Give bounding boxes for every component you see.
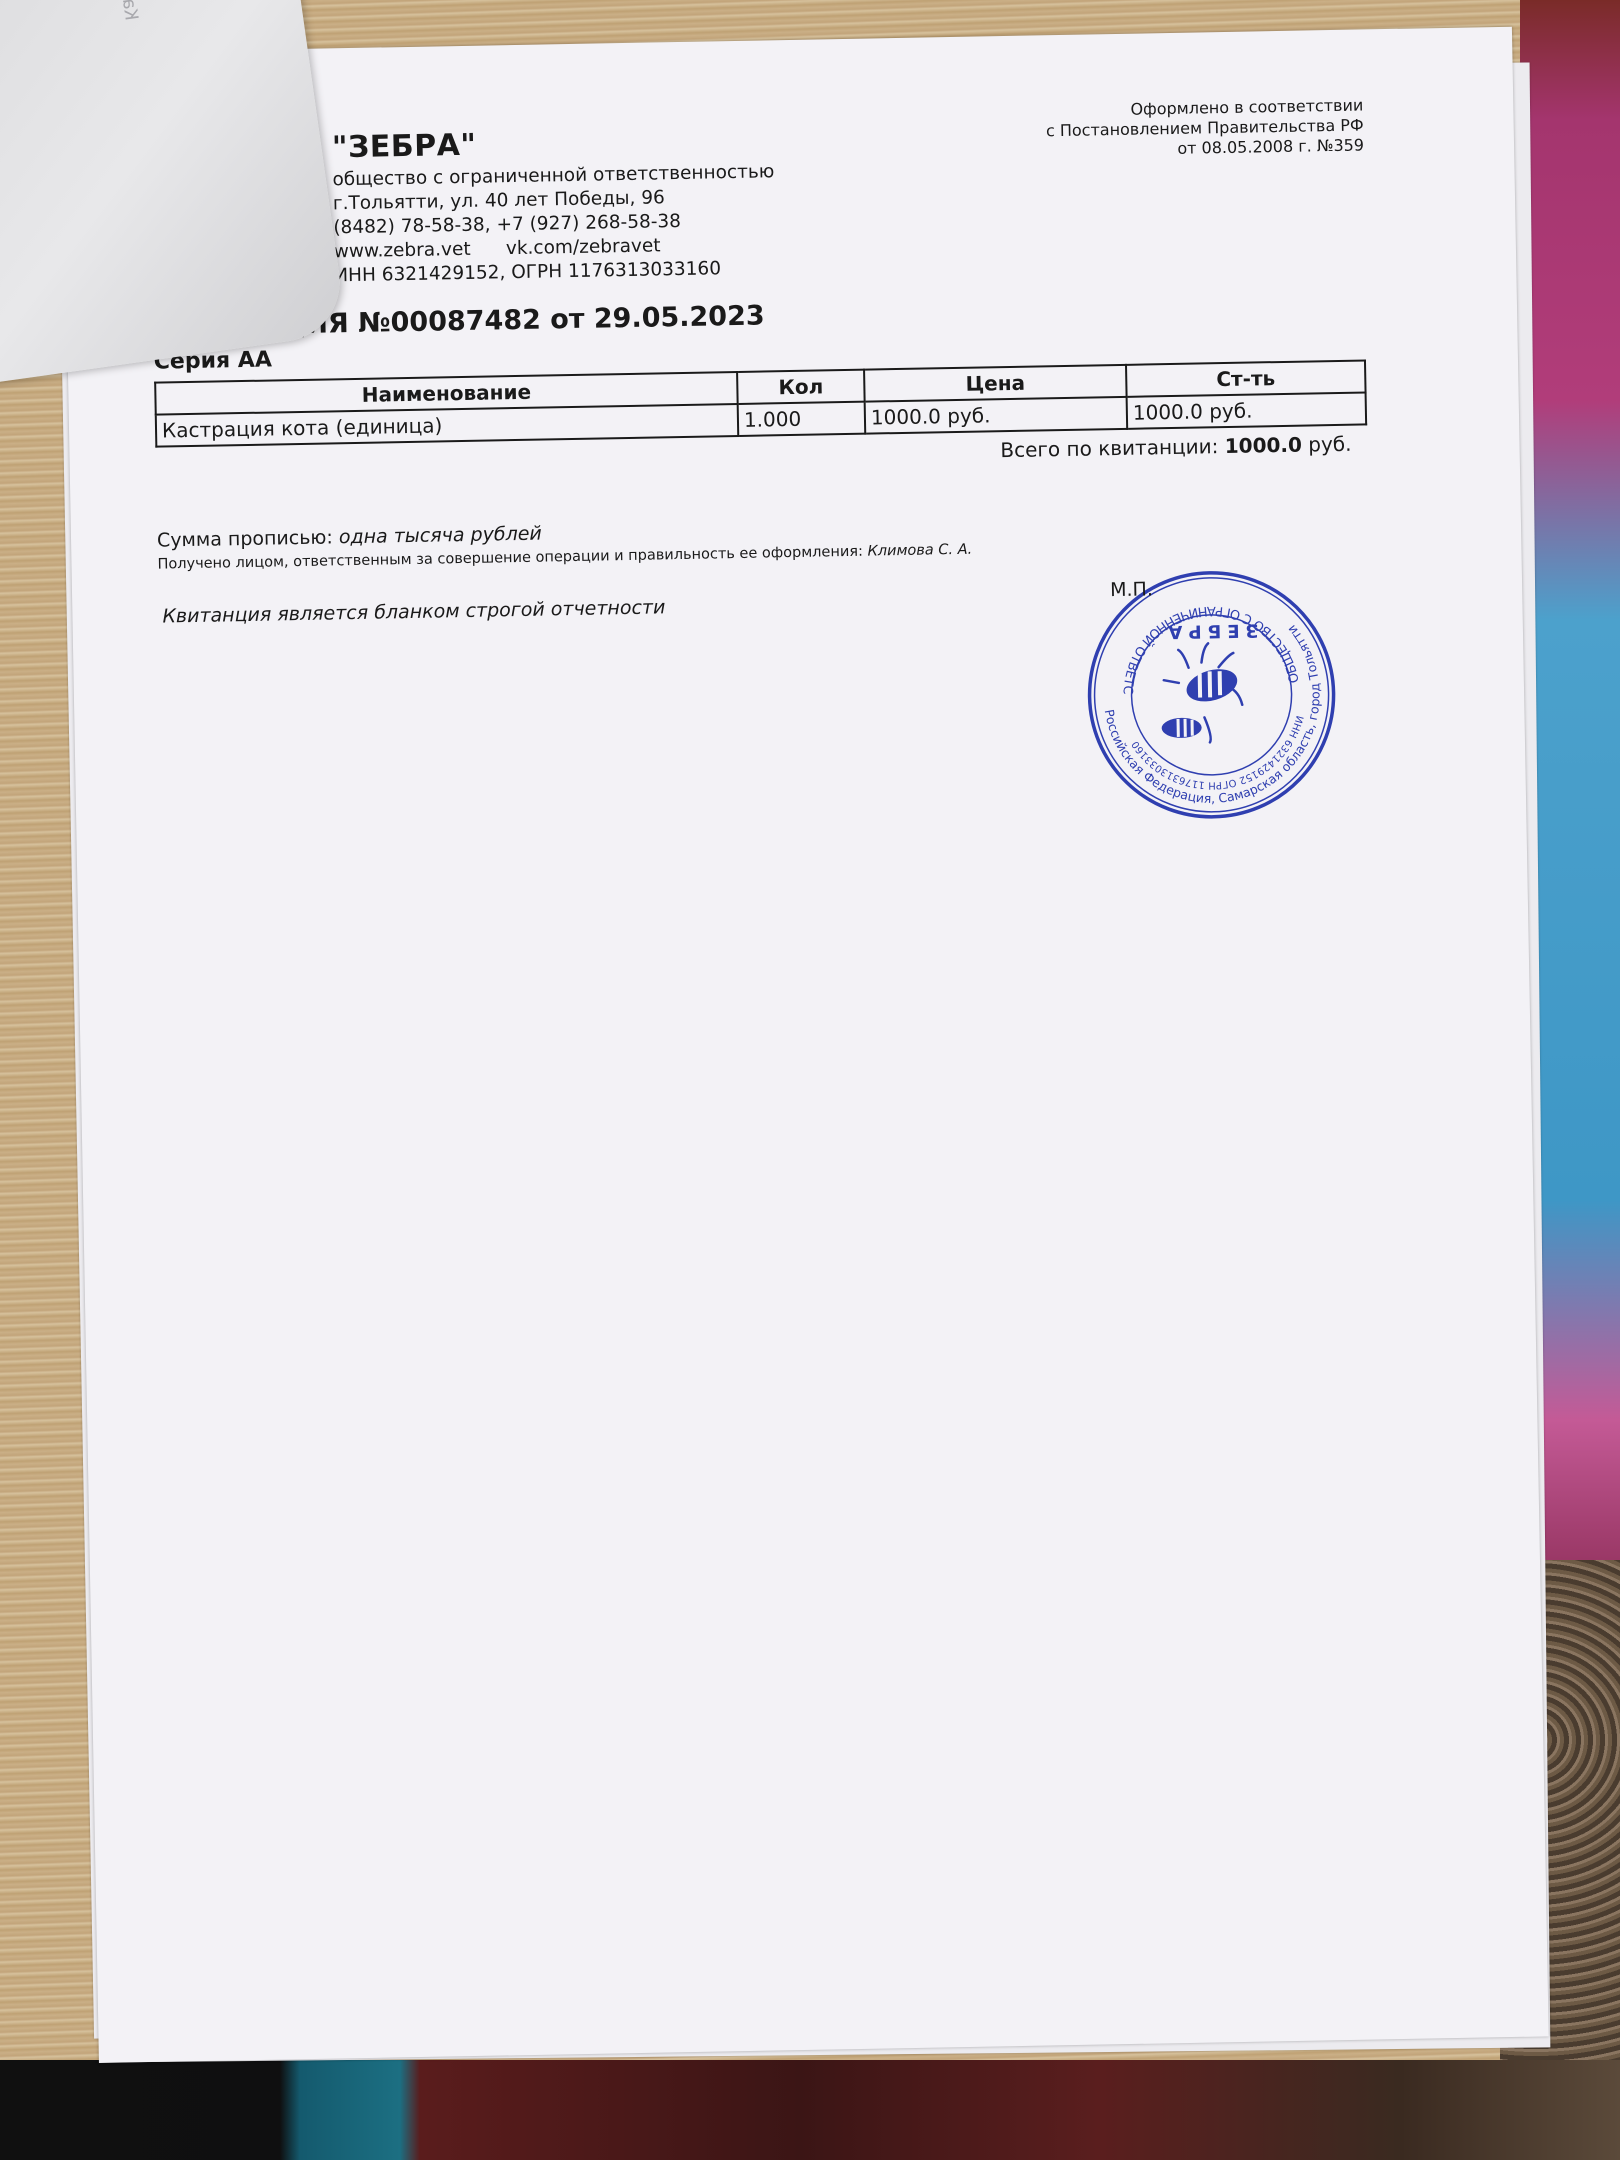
total-value: 1000.0 [1225, 433, 1303, 458]
cell-price: 1000.0 руб. [865, 397, 1128, 434]
bottom-background [0, 2060, 1620, 2160]
receipt-total: Всего по квитанции: 1000.0 руб. [1000, 432, 1352, 462]
company-stamp: Российская Федерация, Самарская область,… [1082, 565, 1342, 825]
column-header-price: Цена [864, 365, 1127, 402]
receipt-line: Кастрация кота (единица) [85, 0, 142, 21]
received-by-name: Климова С. А. [867, 542, 972, 560]
legal-note: Оформлено в соответствии с Постановление… [1045, 95, 1364, 161]
organization-details: общество с ограниченной ответственностью… [332, 160, 776, 288]
social-link: vk.com/zebravet [506, 235, 661, 259]
amount-words-value: одна тысяча рублей [339, 523, 542, 549]
cell-cost: 1000.0 руб. [1127, 392, 1367, 428]
column-header-qty: Кол [737, 370, 865, 404]
cell-qty: 1.000 [738, 402, 866, 436]
total-currency: руб. [1308, 432, 1352, 457]
thermal-receipt: ИТОГ =1000.00 1.000 * 1000.00 =1000 Каст… [0, 0, 347, 383]
strict-form-note: Квитанция является бланком строгой отчет… [162, 596, 665, 627]
amount-words-label: Сумма прописью: [157, 526, 333, 551]
amount-in-words: Сумма прописью: одна тысяча рублей [157, 523, 542, 552]
website: www.zebra.vet [334, 239, 471, 263]
total-label: Всего по квитанции: [1000, 434, 1218, 462]
organization-name: "ЗЕБРА" [332, 128, 477, 166]
column-header-cost: Ст-ть [1126, 360, 1366, 396]
stamp-center-name: ЗЕБРА [1162, 619, 1258, 642]
stamp-place-label: М.П. [1110, 578, 1153, 601]
